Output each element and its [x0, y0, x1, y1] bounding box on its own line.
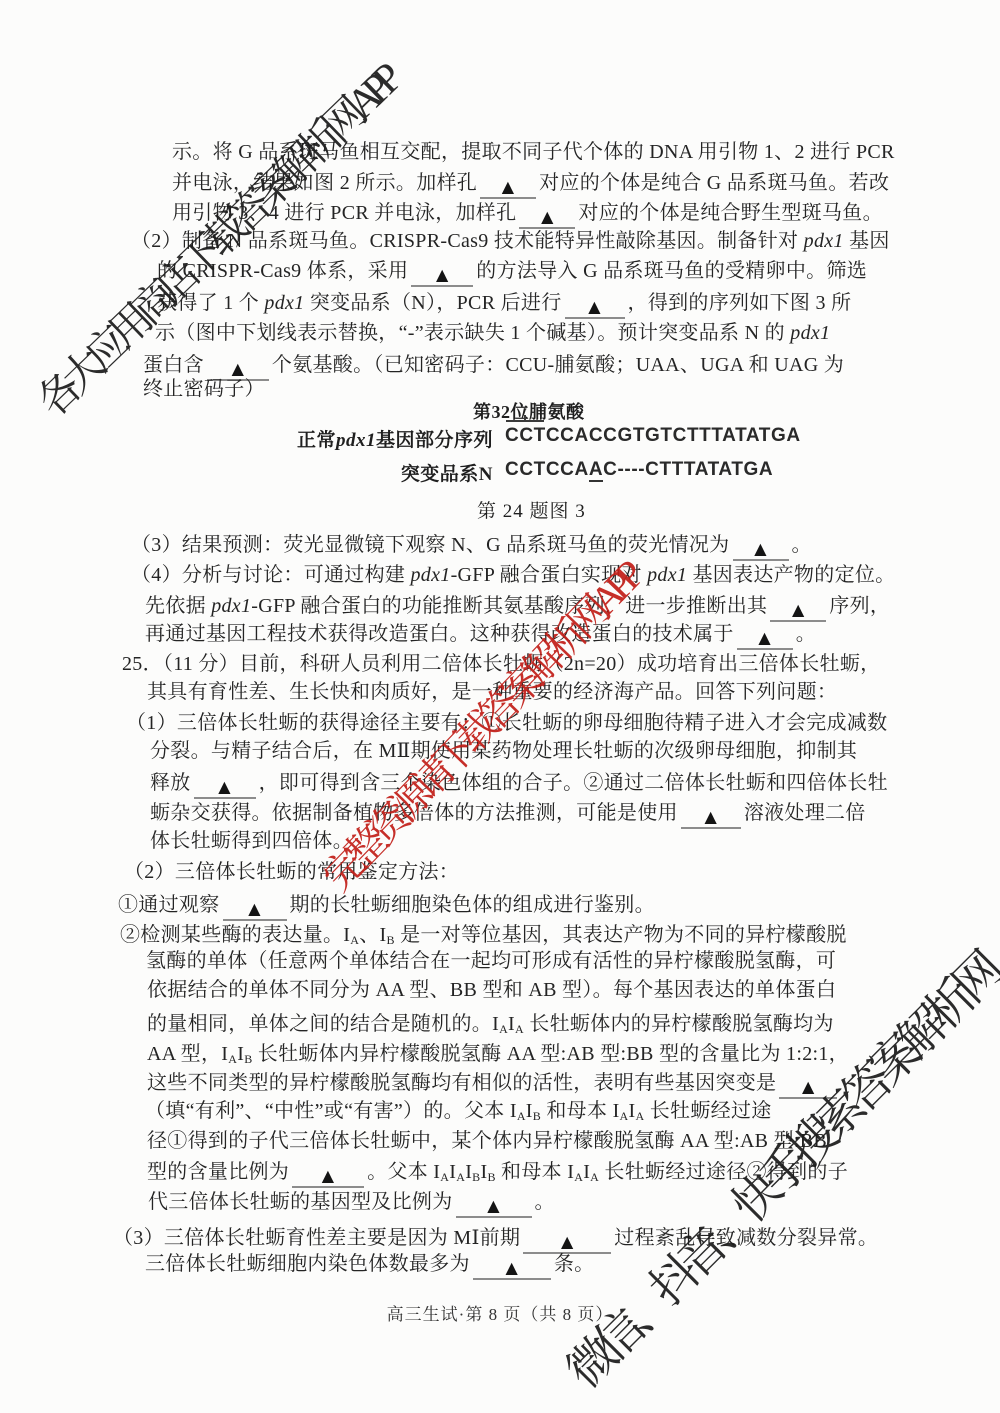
- text-line: 型的含量比例为▲。父本 IAIAIBIB 和母本 IAIA 长牡蛎经过途径②得到…: [147, 1158, 848, 1186]
- answer-blank: ▲: [565, 297, 625, 319]
- answer-blank: ▲: [223, 899, 287, 921]
- text-line: 先依据 pdx1-GFP 融合蛋白的功能推断其氨基酸序列，进一步推断出其▲序列，: [145, 592, 890, 620]
- text-line: 终止密码子）: [143, 375, 265, 403]
- answer-blank: ▲: [737, 628, 793, 650]
- text-line: （3）结果预测：荧光显微镜下观察 N、G 品系斑马鱼的荧光情况为▲。: [131, 531, 812, 559]
- text-line: （2）制备 N 品系斑马鱼。CRISPR-Cas9 技术能特异性敲除基因。制备针…: [131, 227, 890, 255]
- text-line: 体长牡蛎得到四倍体。: [150, 827, 353, 855]
- text-line: ②检测某些酶的表达量。IA、IB 是一对等位基因，其表达产物为不同的异柠檬酸脱: [120, 921, 847, 949]
- text-line: 代三倍体长牡蛎的基因型及比例为▲。: [148, 1188, 555, 1216]
- text-line: 径①得到的子代三倍体长牡蛎中，某个体内异柠檬酸脱氢酶 AA 型:AB 型:BB: [147, 1127, 827, 1155]
- text-line: 释放▲，即可得到含三个染色体组的合子。②通过二倍体长牡蛎和四倍体长牡: [150, 769, 888, 797]
- text-line: 获得了 1 个 pdx1 突变品系（N），PCR 后进行▲，得到的序列如下图 3…: [157, 289, 851, 317]
- text-line: 的量相同，单体之间的结合是随机的。IAIA 长牡蛎体内的异柠檬酸脱氢酶均为: [147, 1010, 834, 1038]
- normal-dna-sequence: CCTCCACCGTGTCTTTATATGA: [505, 425, 801, 447]
- normal-sequence-label: 正常pdx1基因部分序列: [297, 425, 493, 452]
- page-footer: 高三生试·第 8 页（共 8 页）: [0, 1300, 1000, 1325]
- text-line: （2）三倍体长牡蛎的常用鉴定方法：: [124, 858, 459, 886]
- gene-name-italic: pdx1: [336, 430, 376, 451]
- mutant-sequence-row: 突变品系N CCTCCAAC----CTTTATATGA: [0, 459, 1000, 485]
- codon-overbracket: CCT: [505, 425, 546, 447]
- answer-blank: ▲: [194, 777, 256, 799]
- text-line: （1）三倍体长牡蛎的获得途径主要有：①长牡蛎的卵母细胞待精子进入才会完成减数: [126, 709, 887, 737]
- figure-caption: 第 24 题图 3: [477, 496, 586, 523]
- text-line: 并电泳，结果如图 2 所示。加样孔▲对应的个体是纯合 G 品系斑马鱼。若改: [172, 169, 889, 197]
- text-line: 用引物 3、4 进行 PCR 并电泳，加样孔▲对应的个体是纯合野生型斑马鱼。: [172, 199, 883, 227]
- text-line: 这些不同类型的异柠檬酸脱氢酶均有相似的活性，表明有些基因突变是▲: [147, 1069, 840, 1097]
- text-line: 三倍体长牡蛎细胞内染色体数最多为▲条。: [145, 1250, 594, 1278]
- text-line: 蛎杂交获得。依据制备植物多倍体的方法推测，可能是使用▲溶液处理二倍: [150, 799, 866, 827]
- normal-sequence-row: 正常pdx1基因部分序列 CCTCCACCGTGTCTTTATATGA: [0, 425, 1000, 451]
- answer-blank: ▲: [681, 807, 741, 829]
- text-line: 示。将 G 品系斑马鱼相互交配，提取不同子代个体的 DNA 用引物 1、2 进行…: [172, 138, 895, 166]
- text-line: 分裂。与精子结合后，在 MⅡ期使用某药物处理长牡蛎的次级卵母细胞，抑制其: [150, 737, 857, 765]
- text-line: （3）三倍体长牡蛎育性差主要是因为 MⅠ前期▲过程紊乱导致减数分裂异常。: [113, 1224, 878, 1252]
- text-line: 其具有育性差、生长快和肉质好，是一种重要的经济海产品。回答下列问题：: [147, 678, 837, 706]
- answer-blank: ▲: [770, 600, 826, 622]
- text-line: 25．（11 分）目前，科研人员利用二倍体长牡蛎（2n=20）成功培育出三倍体长…: [122, 650, 880, 678]
- text-line: （填“有利”、“中性”或“有害”）的。父本 IAIB 和母本 IAIA 长牡蛎经…: [145, 1097, 772, 1125]
- answer-blank: ▲: [733, 539, 789, 561]
- answer-blank: ▲: [519, 207, 575, 229]
- answer-blank: ▲: [456, 1196, 532, 1218]
- text-line: 的 CRISPR-Cas9 体系，采用▲的方法导入 G 品系斑马鱼的受精卵中。筛…: [157, 257, 867, 285]
- answer-blank: ▲: [480, 177, 536, 199]
- text-line: 依据结合的单体不同分为 AA 型、BB 型和 AB 型）。每个基因表达的单体蛋白: [147, 976, 836, 1004]
- exam-page: 示。将 G 品系斑马鱼相互交配，提取不同子代个体的 DNA 用引物 1、2 进行…: [0, 0, 1000, 1413]
- text-line: （4）分析与讨论：可通过构建 pdx1-GFP 融合蛋白实现对 pdx1 基因表…: [131, 561, 895, 589]
- text-line: 氢酶的单体（任意两个单体结合在一起均可形成有活性的异柠檬酸脱氢酶，可: [146, 947, 836, 975]
- mutant-sequence-label: 突变品系N: [401, 459, 493, 486]
- substituted-base-underline: A: [589, 459, 603, 482]
- text-line: 示（图中下划线表示替换，“-”表示缺失 1 个碱基）。预计突变品系 N 的 pd…: [155, 319, 830, 347]
- text-line: AA 型，IAIB 长牡蛎体内异柠檬酸脱氢酶 AA 型:AB 型:BB 型的含量…: [147, 1040, 849, 1068]
- answer-blank: ▲: [473, 1258, 551, 1280]
- answer-blank: ▲: [292, 1166, 364, 1188]
- answer-blank: ▲: [411, 265, 473, 287]
- text-line: 再通过基因工程技术获得改造蛋白。这种获得改造蛋白的技术属于▲。: [145, 620, 816, 648]
- text-line: ①通过观察▲期的长牡蛎细胞染色体的组成进行鉴别。: [118, 891, 655, 919]
- mutant-dna-sequence: CCTCCAAC----CTTTATATGA: [505, 459, 773, 481]
- answer-blank: ▲: [779, 1077, 837, 1099]
